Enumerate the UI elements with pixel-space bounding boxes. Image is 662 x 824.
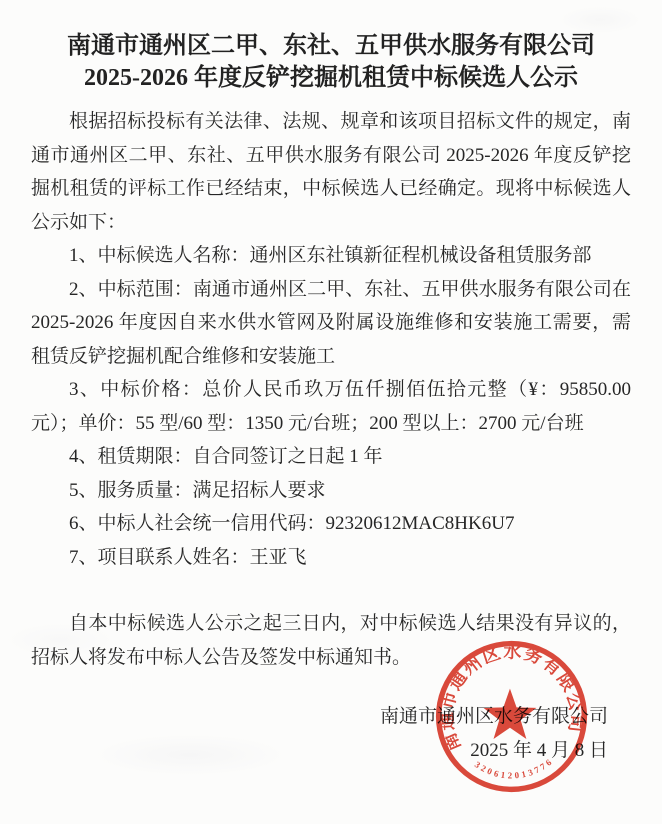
notice-item-5: 5、服务质量：满足招标人要求 — [31, 474, 631, 508]
notice-item-4: 4、租赁期限：自合同签订之日起 1 年 — [31, 440, 631, 474]
document-title-line-2: 2025-2026 年度反铲挖掘机租赁中标候选人公示 — [10, 62, 652, 94]
signature-company: 南通市通州区水务有限公司 — [0, 700, 608, 734]
intro-paragraph: 根据招标投标有关法律、法规、规章和该项目招标文件的规定，南通市通州区二甲、东社、… — [31, 105, 631, 239]
notice-item-1: 1、中标候选人名称：通州区东社镇新征程机械设备租赁服务部 — [31, 239, 631, 273]
document-body: 根据招标投标有关法律、法规、规章和该项目招标文件的规定，南通市通州区二甲、东社、… — [31, 105, 631, 674]
closing-paragraph: 自本中标候选人公示之起三日内，对中标候选人结果没有异议的，招标人将发布中标人公告… — [31, 607, 631, 674]
signature-date: 2025 年 4 月 8 日 — [0, 734, 608, 768]
signature-block: 南通市通州区水务有限公司 2025 年 4 月 8 日 — [0, 700, 608, 767]
notice-item-6: 6、中标人社会统一信用代码：92320612MAC8HK6U7 — [31, 507, 631, 541]
notice-item-2: 2、中标范围：南通市通州区二甲、东社、五甲供水服务有限公司在 2025-2026… — [31, 273, 631, 374]
notice-item-7: 7、项目联系人姓名：王亚飞 — [31, 541, 631, 575]
notice-item-3: 3、中标价格：总价人民币玖万伍仟捌佰伍拾元整（¥：95850.00 元）；单价：… — [31, 373, 631, 440]
document-title: 南通市通州区二甲、东社、五甲供水服务有限公司 2025-2026 年度反铲挖掘机… — [10, 30, 652, 94]
scanned-notice-page: 南通市通州区二甲、东社、五甲供水服务有限公司 2025-2026 年度反铲挖掘机… — [0, 0, 662, 824]
document-title-line-1: 南通市通州区二甲、东社、五甲供水服务有限公司 — [10, 30, 652, 62]
